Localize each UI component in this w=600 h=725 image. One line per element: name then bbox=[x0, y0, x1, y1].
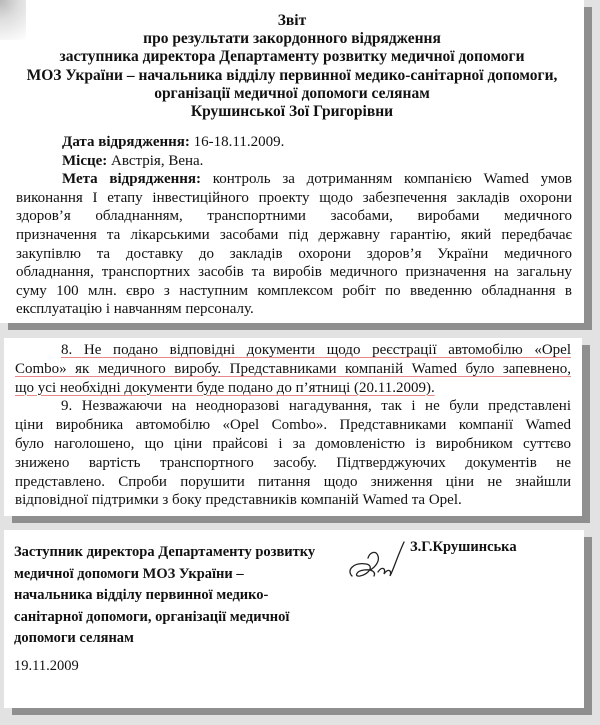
purpose-line: експлуатацію і навчанням персоналу. bbox=[16, 300, 572, 319]
title-line: заступника директора Департаменту розвит… bbox=[0, 48, 584, 66]
item-9-line: було наголошено, що ціни прайсові і за д… bbox=[15, 435, 571, 454]
item-8-line: що усі необхідні документи буде подано д… bbox=[15, 379, 571, 398]
item-9-line: ціни виробника автомобілю «Opel Combo». … bbox=[15, 416, 571, 435]
purpose-label: Мета відрядження: bbox=[62, 171, 201, 187]
item-9-line: знижено вартість транспортного засобу. П… bbox=[15, 454, 571, 473]
position-line: Заступник директора Департаменту розвитк… bbox=[14, 542, 334, 564]
title-line: МОЗ України – начальника відділу первинн… bbox=[0, 67, 584, 85]
purpose-line: здоров’я обладнанням, транспортними засо… bbox=[16, 207, 572, 226]
excerpt-page-fragment: 8. Не подано відповідні документи щодо р… bbox=[4, 338, 582, 516]
signer-position: Заступник директора Департаменту розвитк… bbox=[14, 542, 334, 650]
trip-place: Місце: Австрія, Вена. bbox=[16, 152, 572, 171]
excerpt-body: 8. Не подано відповідні документи щодо р… bbox=[15, 341, 571, 510]
signer-name: З.Г.Крушинська bbox=[410, 539, 517, 556]
trip-date-value: 16-18.11.2009. bbox=[190, 134, 284, 150]
place-label: Місце: bbox=[62, 153, 107, 169]
position-line: допомоги селянам bbox=[14, 628, 334, 650]
purpose-text: контроль за дотриманням компанією Wamed … bbox=[201, 171, 572, 187]
purpose-line: призначення та лікарськими засобами під … bbox=[16, 226, 572, 245]
report-body: Дата відрядження: 16-18.11.2009. Місце: … bbox=[16, 133, 572, 319]
purpose-line: Мета відрядження: контроль за дотримання… bbox=[16, 170, 572, 189]
purpose-line: суму 100 млн. євро з наступним комплексо… bbox=[16, 282, 572, 301]
title-line: Звіт bbox=[0, 12, 584, 30]
signature-date: 19.11.2009 bbox=[14, 658, 79, 675]
report-page-fragment: Звіт про результати закордонного відрядж… bbox=[0, 0, 584, 323]
position-line: санітарної допомоги, організації медично… bbox=[14, 607, 334, 629]
title-line: Крушинської Зої Григорівни bbox=[0, 103, 584, 121]
purpose-line: обладнання, транспортних засобів та виро… bbox=[16, 263, 572, 282]
trip-date-label: Дата відрядження: bbox=[62, 134, 190, 150]
item-9-line: відповідної підтримки з боку представник… bbox=[15, 491, 571, 510]
position-line: медичної допомоги МОЗ України – bbox=[14, 564, 334, 586]
title-line: про результати закордонного відрядження bbox=[0, 30, 584, 48]
purpose-line: закупівлю та доставку до закладів охорон… bbox=[16, 245, 572, 264]
signature-page-fragment: Заступник директора Департаменту розвитк… bbox=[4, 530, 584, 708]
position-line: начальника відділу первинної медико- bbox=[14, 585, 334, 607]
report-title: Звіт про результати закордонного відрядж… bbox=[0, 12, 584, 121]
place-value: Австрія, Вена. bbox=[107, 153, 203, 169]
item-8-line: 8. Не подано відповідні документи щодо р… bbox=[15, 341, 571, 360]
item-9-line: 9. Незважаючи на неодноразові нагадуванн… bbox=[15, 397, 571, 416]
handwritten-signature-icon bbox=[344, 538, 414, 588]
purpose-line: виконання I етапу інвестиційного проекту… bbox=[16, 189, 572, 208]
title-line: організації медичної допомоги селянам bbox=[0, 85, 584, 103]
item-9-line: представлено. Спроби порушити питання що… bbox=[15, 473, 571, 492]
item-8-line: Combo» як медичного виробу. Представника… bbox=[15, 360, 571, 379]
trip-date: Дата відрядження: 16-18.11.2009. bbox=[16, 133, 572, 152]
